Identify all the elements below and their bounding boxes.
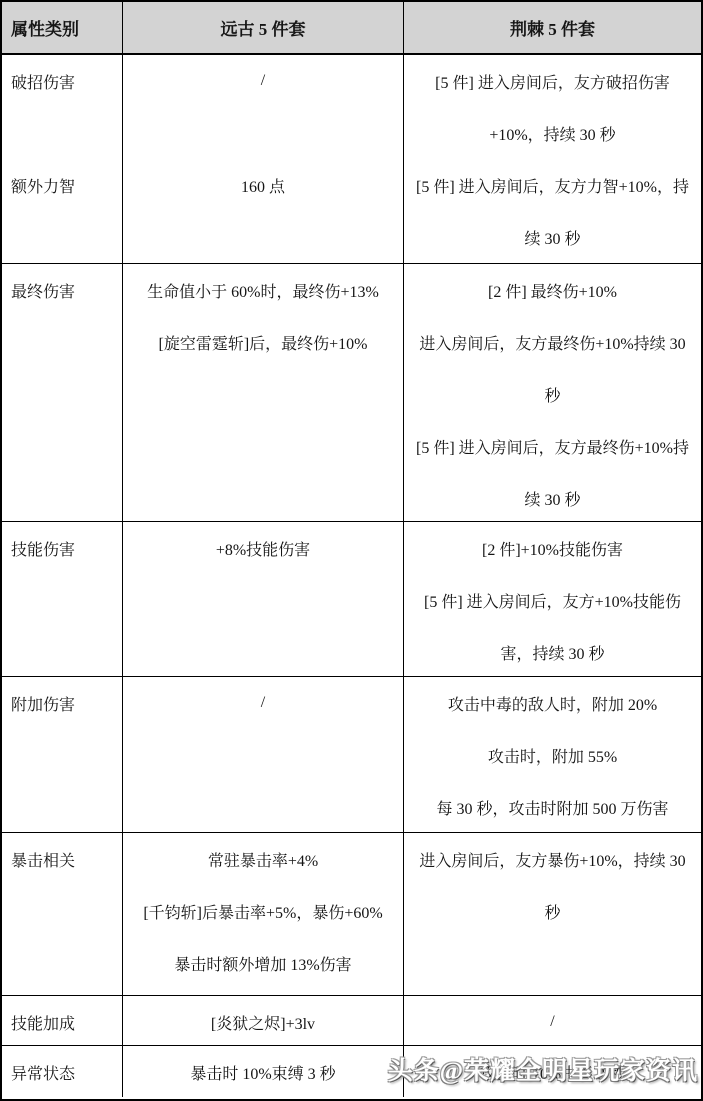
cell-text-line: 进入房间后，友方最终伤+10%持续 30 xyxy=(404,316,701,368)
ancient-set-cell: 常驻暴击率+4%[千钧斩]后暴击率+5%，暴伤+60%暴击时额外增加 13%伤害 xyxy=(123,833,404,995)
header-thorn-set: 荆棘 5 件套 xyxy=(404,2,701,53)
cell-text-line: [2 件]+10%技能伤害 xyxy=(404,522,701,574)
cell-text-line: 破招伤害 xyxy=(11,55,122,107)
cell-text-line: +10%，持续 30 秒 xyxy=(404,107,701,159)
row-label-cell: 异常状态 xyxy=(2,1046,123,1097)
table-row: 附加伤害/攻击中毒的敌人时，附加 20%攻击时，附加 55%每 30 秒，攻击时… xyxy=(2,677,701,833)
thorn-set-cell: [2 件] 最终伤+10%进入房间后，友方最终伤+10%持续 30秒[5 件] … xyxy=(404,264,701,521)
table-row: 最终伤害生命值小于 60%时，最终伤+13%[旋空雷霆斩]后，最终伤+10%[2… xyxy=(2,264,701,522)
cell-text-line: 160 点 xyxy=(123,159,403,211)
cell-text-line: 攻击中毒的敌人时，附加 20% xyxy=(404,677,701,729)
cell-text-line xyxy=(123,107,403,159)
cell-text-line: 额外力智 xyxy=(11,159,122,211)
cell-text-line: 最终伤害 xyxy=(11,264,122,316)
cell-text-line: [千钧斩]后暴击率+5%，暴伤+60% xyxy=(123,885,403,937)
cell-text-line: +8%技能伤害 xyxy=(123,522,403,574)
cell-text-line: [5 件] 进入房间后，友方+10%技能伤 xyxy=(404,574,701,626)
ancient-set-cell: /160 点 xyxy=(123,55,404,263)
cell-text-line: 技能加成 xyxy=(11,996,122,1045)
cell-text-line: 附加伤害 xyxy=(11,677,122,729)
ancient-set-cell: [炎狱之烬]+3lv xyxy=(123,996,404,1045)
header-ancient-set: 远古 5 件套 xyxy=(123,2,404,53)
cell-text-line: / xyxy=(404,996,701,1045)
cell-text-line: 暴击时 10%束缚 3 秒 xyxy=(123,1046,403,1097)
cell-text-line: [旋空雷霆斩]后，最终伤+10% xyxy=(123,316,403,368)
table-row: 暴击相关常驻暴击率+4%[千钧斩]后暴击率+5%，暴伤+60%暴击时额外增加 1… xyxy=(2,833,701,996)
thorn-set-cell: / xyxy=(404,996,701,1045)
cell-text-line: / xyxy=(123,677,403,729)
row-label-cell: 技能加成 xyxy=(2,996,123,1045)
cell-text-line: 害，持续 30 秒 xyxy=(404,626,701,676)
set-comparison-table: 属性类别 远古 5 件套 荆棘 5 件套 破招伤害额外力智/160 点[5 件]… xyxy=(0,0,703,1101)
thorn-set-cell: [5 件] 进入房间后，友方破招伤害+10%，持续 30 秒[5 件] 进入房间… xyxy=(404,55,701,263)
row-label-cell: 暴击相关 xyxy=(2,833,123,995)
cell-text-line: [5 件] 进入房间后，友方力智+10%，持 xyxy=(404,159,701,211)
page: 属性类别 远古 5 件套 荆棘 5 件套 破招伤害额外力智/160 点[5 件]… xyxy=(0,0,703,1101)
ancient-set-cell: / xyxy=(123,677,404,832)
ancient-set-cell: 暴击时 10%束缚 3 秒 xyxy=(123,1046,404,1097)
thorn-set-cell: 进入房间后，友方暴伤+10%，持续 30秒 xyxy=(404,833,701,995)
cell-text-line: 秒 xyxy=(404,885,701,937)
cell-text-line: 续 30 秒 xyxy=(404,211,701,263)
cell-text-line: 技能伤害 xyxy=(11,522,122,574)
row-label-cell: 破招伤害额外力智 xyxy=(2,55,123,263)
watermark: 头条@荣耀全明星玩家资讯 xyxy=(388,1051,698,1087)
cell-text-line: 续 30 秒 xyxy=(404,472,701,521)
cell-text-line: [5 件] 进入房间后，友方最终伤+10%持 xyxy=(404,420,701,472)
ancient-set-cell: 生命值小于 60%时，最终伤+13%[旋空雷霆斩]后，最终伤+10% xyxy=(123,264,404,521)
cell-text-line xyxy=(11,107,122,159)
table-header-row: 属性类别 远古 5 件套 荆棘 5 件套 xyxy=(2,2,701,55)
cell-text-line: 暴击时额外增加 13%伤害 xyxy=(123,937,403,989)
cell-text-line: 秒 xyxy=(404,368,701,420)
cell-text-line: / xyxy=(123,55,403,107)
table-row: 技能加成[炎狱之烬]+3lv/ xyxy=(2,996,701,1046)
table-body: 破招伤害额外力智/160 点[5 件] 进入房间后，友方破招伤害+10%，持续 … xyxy=(2,55,701,1097)
header-attribute-category: 属性类别 xyxy=(2,2,123,53)
ancient-set-cell: +8%技能伤害 xyxy=(123,522,404,676)
thorn-set-cell: [2 件]+10%技能伤害[5 件] 进入房间后，友方+10%技能伤害，持续 3… xyxy=(404,522,701,676)
row-label-cell: 附加伤害 xyxy=(2,677,123,832)
row-label-cell: 技能伤害 xyxy=(2,522,123,676)
cell-text-line: [炎狱之烬]+3lv xyxy=(123,996,403,1045)
cell-text-line: 生命值小于 60%时，最终伤+13% xyxy=(123,264,403,316)
cell-text-line: 常驻暴击率+4% xyxy=(123,833,403,885)
cell-text-line: [2 件] 最终伤+10% xyxy=(404,264,701,316)
cell-text-line: 暴击相关 xyxy=(11,833,122,885)
cell-text-line: 攻击时，附加 55% xyxy=(404,729,701,781)
cell-text-line: 进入房间后，友方暴伤+10%，持续 30 xyxy=(404,833,701,885)
thorn-set-cell: 攻击中毒的敌人时，附加 20%攻击时，附加 55%每 30 秒，攻击时附加 50… xyxy=(404,677,701,832)
table-row: 技能伤害+8%技能伤害[2 件]+10%技能伤害[5 件] 进入房间后，友方+1… xyxy=(2,522,701,677)
row-label-cell: 最终伤害 xyxy=(2,264,123,521)
table-row: 破招伤害额外力智/160 点[5 件] 进入房间后，友方破招伤害+10%，持续 … xyxy=(2,55,701,264)
cell-text-line: 每 30 秒，攻击时附加 500 万伤害 xyxy=(404,781,701,832)
cell-text-line: [5 件] 进入房间后，友方破招伤害 xyxy=(404,55,701,107)
cell-text-line: 异常状态 xyxy=(11,1046,122,1097)
